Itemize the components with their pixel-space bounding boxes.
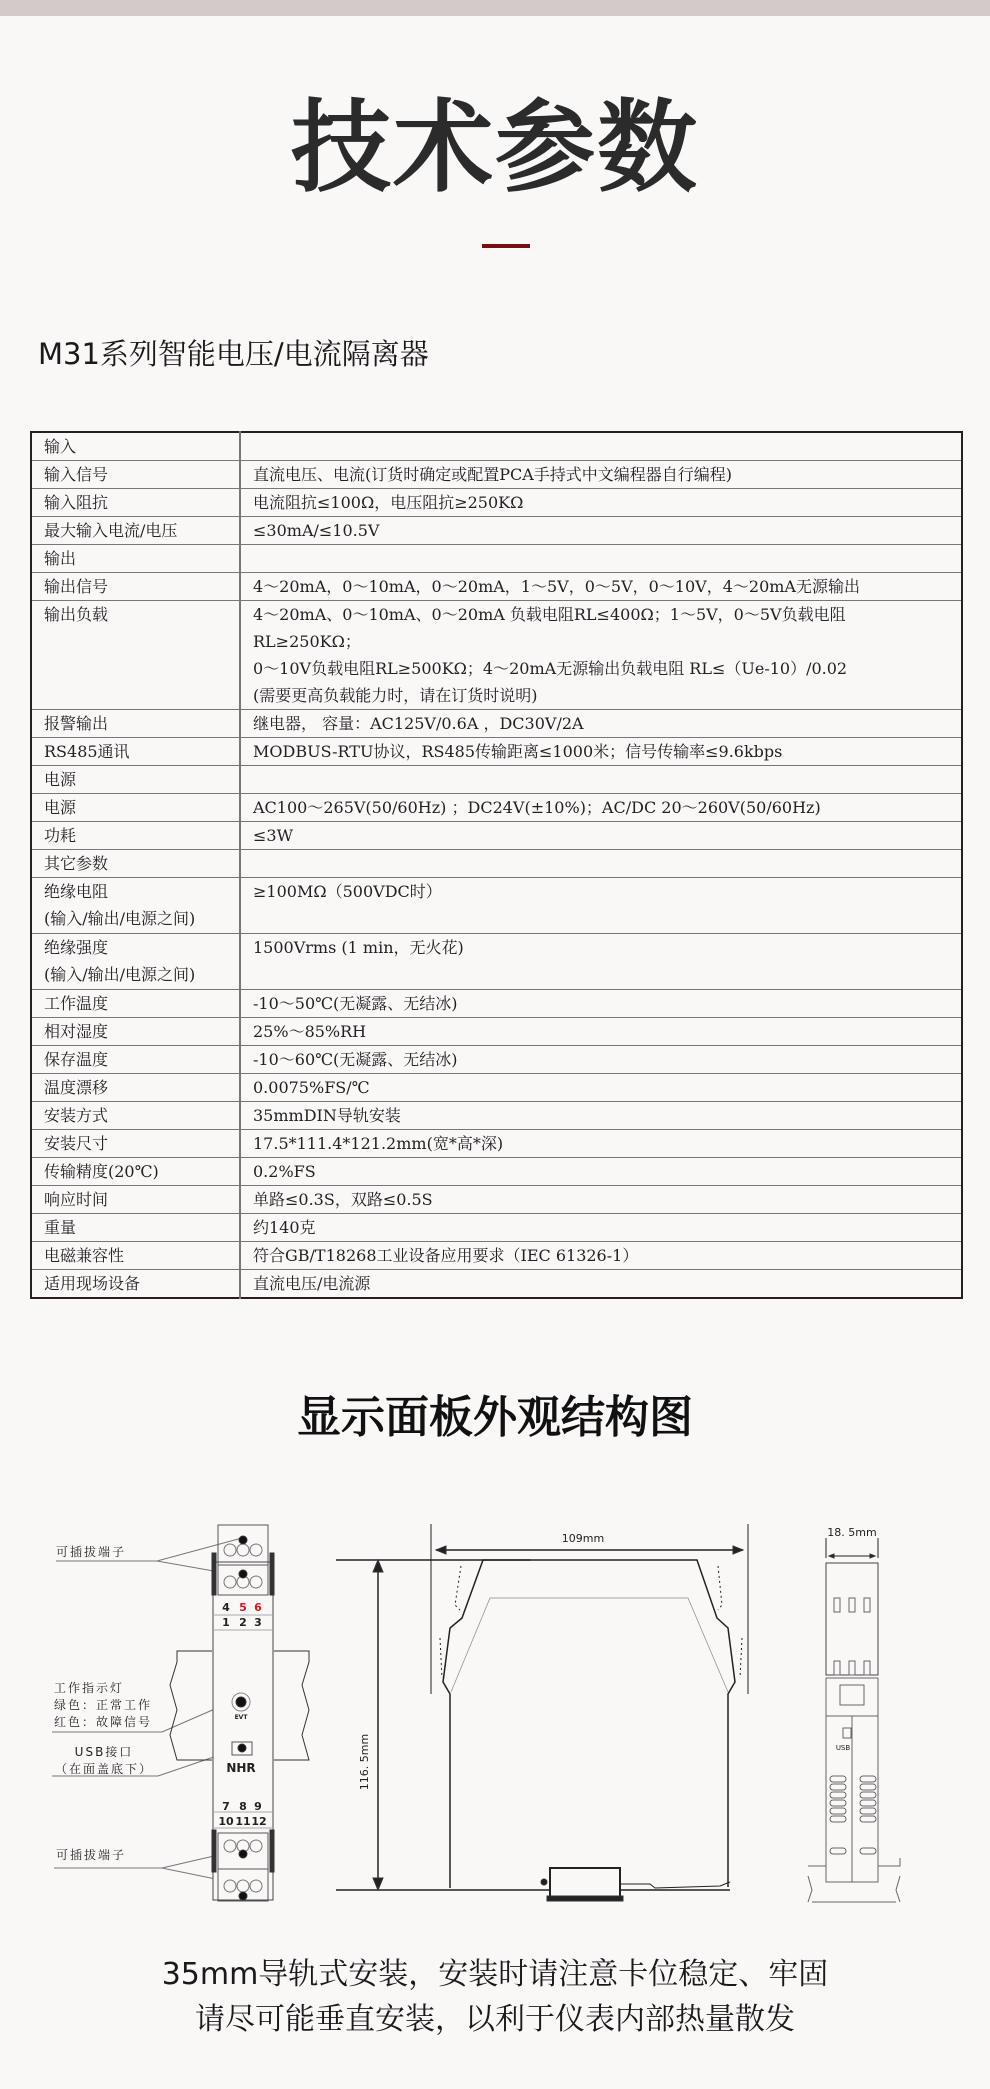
spec-key: 绝缘电阻(输入/输出/电源之间) — [31, 878, 240, 934]
usb-label: USB — [836, 1744, 851, 1752]
spec-key: 工作温度 — [31, 990, 240, 1018]
installation-note-line-1: 35mm导轨式安装，安装时请注意卡位稳定、牢固 — [0, 1952, 990, 1997]
spec-key: 电源 — [31, 766, 240, 794]
spec-key: 输入信号 — [31, 461, 240, 489]
spec-key: 绝缘强度(输入/输出/电源之间) — [31, 934, 240, 990]
spec-row: 电磁兼容性符合GB/T18268工业设备应用要求（IEC 61326-1） — [31, 1242, 962, 1270]
spec-value-line: 4～20mA、0～10mA、0～20mA 负载电阻RL≤400Ω；1～5V，0～… — [253, 601, 949, 655]
terminal-number: 4 — [222, 1601, 230, 1614]
spec-key: 温度漂移 — [31, 1074, 240, 1102]
structure-diagram: 可插拔端子 工作指示灯 绿色：正常工作 红色：故障信号 USB接口 （在面盖底下… — [0, 1510, 990, 1910]
spec-key-line: (输入/输出/电源之间) — [44, 961, 227, 988]
spec-value: 继电器， 容量：AC125V/0.6A ，DC30V/2A — [240, 710, 962, 738]
terminal-number: 12 — [251, 1815, 266, 1828]
spec-value: 4～20mA，0～10mA，0～20mA，1～5V，0～5V，0～10V，4～2… — [240, 573, 962, 601]
terminal-number: 5 — [239, 1601, 247, 1614]
spec-key: 传输精度(20℃) — [31, 1158, 240, 1186]
spec-key: 电磁兼容性 — [31, 1242, 240, 1270]
terminal-number: 1 — [222, 1616, 230, 1629]
spec-value: -10～60℃(无凝露、无结冰) — [240, 1046, 962, 1074]
spec-row: 其它参数 — [31, 850, 962, 878]
spec-key: 其它参数 — [31, 850, 240, 878]
spec-value: 直流电压、电流(订货时确定或配置PCA手持式中文编程器自行编程) — [240, 461, 962, 489]
spec-value: 单路≤0.3S，双路≤0.5S — [240, 1186, 962, 1214]
terminal-number: 9 — [254, 1800, 262, 1813]
spec-row: 输出信号4～20mA，0～10mA，0～20mA，1～5V，0～5V，0～10V… — [31, 573, 962, 601]
spec-value: ≤30mA/≤10.5V — [240, 517, 962, 545]
product-subtitle: M31系列智能电压/电流隔离器 — [38, 334, 429, 374]
brand-logo: NHR — [226, 1761, 255, 1775]
spec-value: 0.2%FS — [240, 1158, 962, 1186]
terminal-number: 2 — [239, 1616, 247, 1629]
spec-row: 相对湿度25%～85%RH — [31, 1018, 962, 1046]
spec-key: 功耗 — [31, 822, 240, 850]
edge-width-label: 18. 5mm — [827, 1526, 876, 1539]
spec-key: 电源 — [31, 794, 240, 822]
spec-key-line: 绝缘电阻 — [44, 878, 227, 905]
installation-note-line-2: 请尽可能垂直安装，以利于仪表内部热量散发 — [0, 1997, 990, 2042]
spec-key: 适用现场设备 — [31, 1270, 240, 1299]
spec-key: 输入阻抗 — [31, 489, 240, 517]
spec-value: AC100～265V(50/60Hz) ；DC24V(±10%)；AC/DC 2… — [240, 794, 962, 822]
spec-key: 输出信号 — [31, 573, 240, 601]
spec-row: 输出负载4～20mA、0～10mA、0～20mA 负载电阻RL≤400Ω；1～5… — [31, 601, 962, 710]
spec-value: 25%～85%RH — [240, 1018, 962, 1046]
spec-row: 保存温度-10～60℃(无凝露、无结冰) — [31, 1046, 962, 1074]
spec-row: 绝缘电阻(输入/输出/电源之间)≥100MΩ（500VDC时） — [31, 878, 962, 934]
spec-key: 保存温度 — [31, 1046, 240, 1074]
terminal-number: 10 — [218, 1815, 234, 1828]
spec-value: 0.0075%FS/℃ — [240, 1074, 962, 1102]
spec-row: 绝缘强度(输入/输出/电源之间)1500Vrms (1 min，无火花) — [31, 934, 962, 990]
spec-value-line: (需要更高负载能力时，请在订货时说明) — [253, 682, 949, 709]
spec-value: 17.5*111.4*121.2mm(宽*高*深) — [240, 1130, 962, 1158]
spec-row: 温度漂移0.0075%FS/℃ — [31, 1074, 962, 1102]
diagram-drawing: 4 5 6 1 2 3 7 8 9 10 11 12 EVT NHR 109mm… — [0, 1510, 990, 1910]
spec-value — [240, 850, 962, 878]
spec-key: RS485通讯 — [31, 738, 240, 766]
spec-value: 1500Vrms (1 min，无火花) — [240, 934, 962, 990]
spec-value: MODBUS-RTU协议，RS485传输距离≤1000米；信号传输率≤9.6kb… — [240, 738, 962, 766]
spec-row: 报警输出继电器， 容量：AC125V/0.6A ，DC30V/2A — [31, 710, 962, 738]
evt-label: EVT — [235, 1714, 249, 1721]
top-bar — [0, 0, 990, 16]
installation-note: 35mm导轨式安装，安装时请注意卡位稳定、牢固 请尽可能垂直安装，以利于仪表内部… — [0, 1952, 990, 2042]
spec-key: 输出 — [31, 545, 240, 573]
spec-key-line: 绝缘强度 — [44, 934, 227, 961]
spec-value: 直流电压/电流源 — [240, 1270, 962, 1299]
spec-row: 输出 — [31, 545, 962, 573]
spec-row: 适用现场设备直流电压/电流源 — [31, 1270, 962, 1299]
spec-value: -10～50℃(无凝露、无结冰) — [240, 990, 962, 1018]
spec-row: 安装尺寸17.5*111.4*121.2mm(宽*高*深) — [31, 1130, 962, 1158]
spec-value: 电流阻抗≤100Ω，电压阻抗≥250KΩ — [240, 489, 962, 517]
spec-row: 最大输入电流/电压≤30mA/≤10.5V — [31, 517, 962, 545]
width-dimension-label: 109mm — [562, 1532, 604, 1545]
spec-table: 输入输入信号直流电压、电流(订货时确定或配置PCA手持式中文编程器自行编程)输入… — [30, 431, 963, 1299]
spec-value: 4～20mA、0～10mA、0～20mA 负载电阻RL≤400Ω；1～5V，0～… — [240, 601, 962, 710]
spec-row: 响应时间单路≤0.3S，双路≤0.5S — [31, 1186, 962, 1214]
spec-key: 报警输出 — [31, 710, 240, 738]
spec-row: RS485通讯MODBUS-RTU协议，RS485传输距离≤1000米；信号传输… — [31, 738, 962, 766]
spec-row: 传输精度(20℃)0.2%FS — [31, 1158, 962, 1186]
spec-value: 35mmDIN导轨安装 — [240, 1102, 962, 1130]
terminal-number: 6 — [254, 1601, 262, 1614]
spec-row: 输入阻抗电流阻抗≤100Ω，电压阻抗≥250KΩ — [31, 489, 962, 517]
spec-value — [240, 545, 962, 573]
spec-value: ≤3W — [240, 822, 962, 850]
spec-value: 约140克 — [240, 1214, 962, 1242]
spec-row: 功耗≤3W — [31, 822, 962, 850]
spec-value: 符合GB/T18268工业设备应用要求（IEC 61326-1） — [240, 1242, 962, 1270]
spec-row: 工作温度-10～50℃(无凝露、无结冰) — [31, 990, 962, 1018]
spec-key: 最大输入电流/电压 — [31, 517, 240, 545]
spec-value — [240, 432, 962, 461]
spec-key-line: (输入/输出/电源之间) — [44, 905, 227, 932]
structure-section-title: 显示面板外观结构图 — [0, 1388, 990, 1448]
page-title: 技术参数 — [0, 88, 990, 208]
spec-row: 电源 — [31, 766, 962, 794]
spec-row: 重量约140克 — [31, 1214, 962, 1242]
spec-key: 安装尺寸 — [31, 1130, 240, 1158]
spec-row: 输入 — [31, 432, 962, 461]
terminal-number: 11 — [235, 1815, 250, 1828]
terminal-number: 3 — [254, 1616, 262, 1629]
spec-key: 重量 — [31, 1214, 240, 1242]
spec-row: 输入信号直流电压、电流(订货时确定或配置PCA手持式中文编程器自行编程) — [31, 461, 962, 489]
spec-key: 输入 — [31, 432, 240, 461]
terminal-number: 7 — [222, 1800, 230, 1813]
height-dimension-label: 116. 5mm — [358, 1734, 371, 1790]
spec-key: 响应时间 — [31, 1186, 240, 1214]
spec-row: 电源AC100～265V(50/60Hz) ；DC24V(±10%)；AC/DC… — [31, 794, 962, 822]
spec-key: 输出负载 — [31, 601, 240, 710]
spec-value-line: 0～10V负载电阻RL≥500KΩ；4～20mA无源输出负载电阻 RL≤（Ue-… — [253, 655, 949, 682]
title-accent-divider — [482, 244, 530, 248]
spec-key: 安装方式 — [31, 1102, 240, 1130]
terminal-number: 8 — [239, 1800, 247, 1813]
spec-row: 安装方式35mmDIN导轨安装 — [31, 1102, 962, 1130]
spec-value: ≥100MΩ（500VDC时） — [240, 878, 962, 934]
spec-value — [240, 766, 962, 794]
spec-key: 相对湿度 — [31, 1018, 240, 1046]
